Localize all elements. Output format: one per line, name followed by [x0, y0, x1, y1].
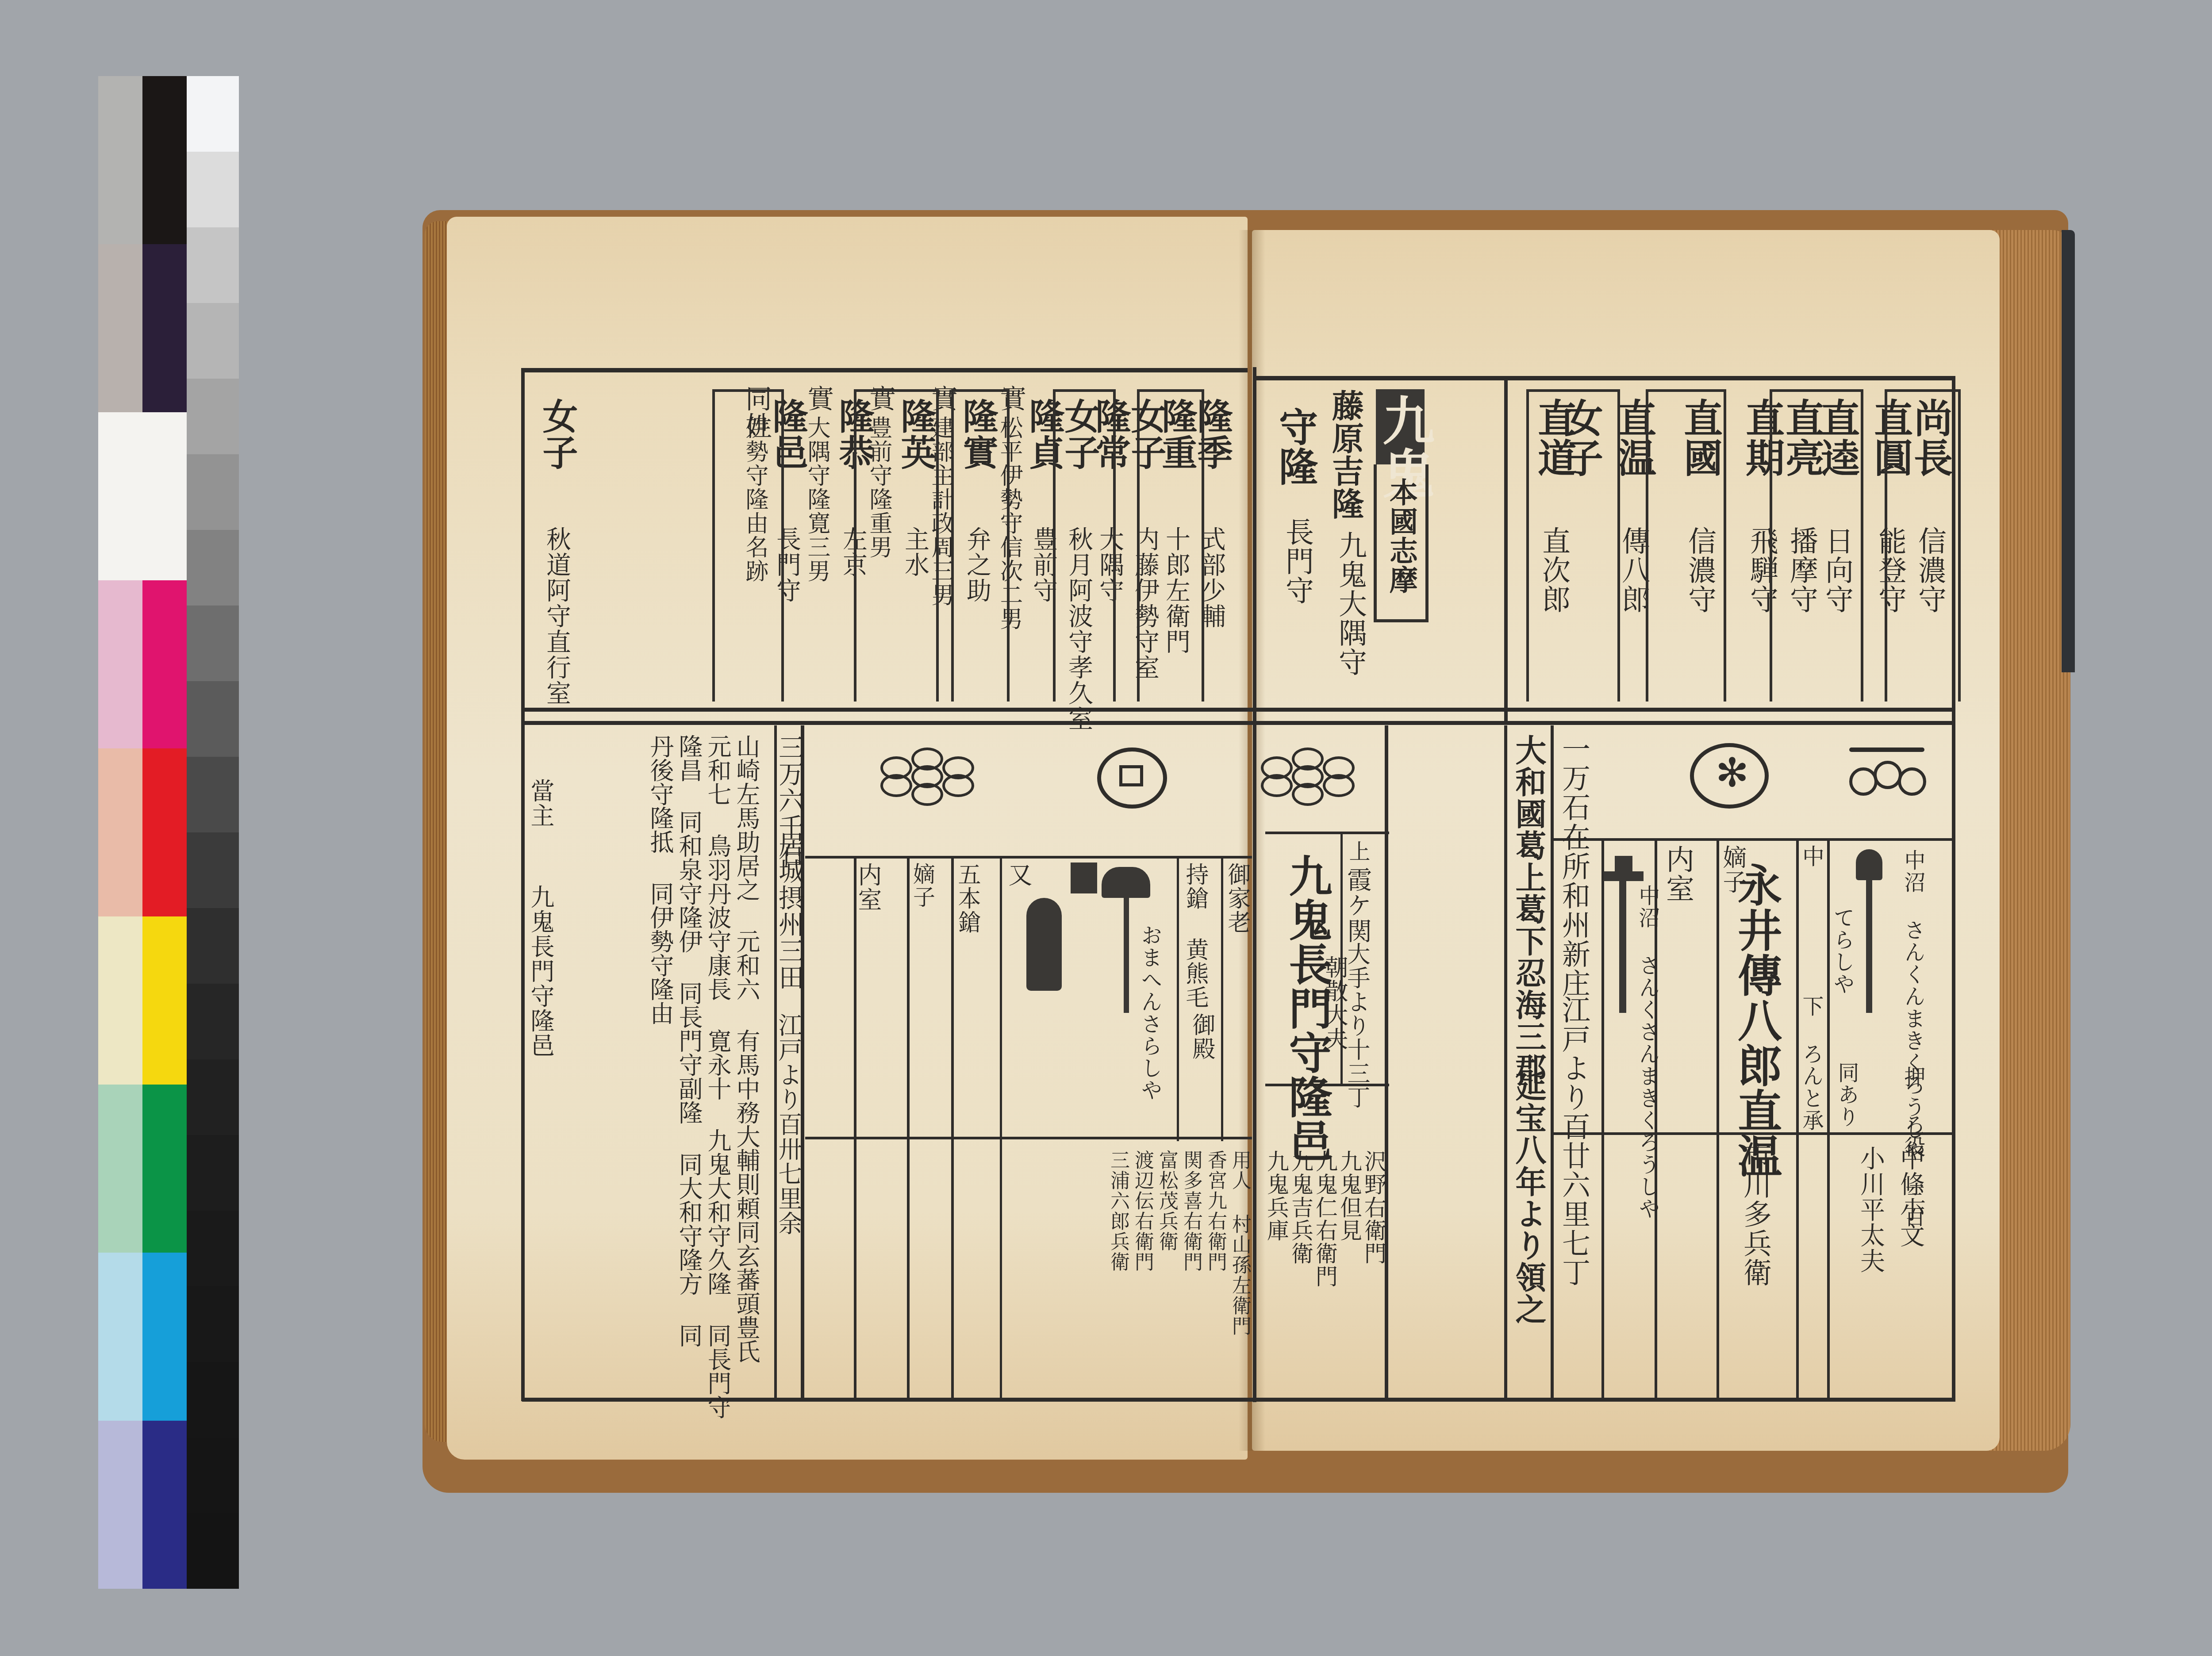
frame-left	[521, 368, 525, 1401]
umbrella-spear-shaft	[1866, 880, 1872, 1013]
karo-name: 九鬼仁右衛門	[1314, 1150, 1336, 1288]
heir-label-left: 嫡子	[911, 862, 933, 908]
grid-v	[1504, 725, 1507, 1398]
history-line: 隆昌 同和泉守隆伊 同長門守副隆 同大和守隆方 同	[677, 734, 701, 1347]
grid-v	[907, 858, 910, 1398]
kuki-rank: 上	[1347, 840, 1368, 862]
color-swatch	[98, 1085, 142, 1253]
spear-shaft	[1619, 880, 1626, 1013]
color-swatch	[142, 244, 187, 412]
rank-label-right: 中	[1801, 845, 1823, 868]
color-swatch	[98, 916, 142, 1085]
color-swatch	[142, 748, 187, 916]
frame-mid-rule	[522, 708, 1955, 712]
crest-chrysanthemum-icon: ✻	[1712, 750, 1752, 797]
attendant-name: 富松茂兵衛	[1157, 1150, 1176, 1252]
gray-swatch	[187, 1286, 239, 1362]
member-bracket	[1137, 389, 1204, 701]
karo-name: 沢野右衛門	[1363, 1150, 1385, 1265]
tag-goponyari: 五本鎗	[956, 862, 979, 934]
grid-h	[1551, 838, 1953, 841]
current-lord: 九鬼長門守隆邑	[529, 885, 553, 1058]
distance-left: 江戸より百卅七里余	[776, 1013, 800, 1236]
crest-circle	[1261, 774, 1293, 797]
karo-name: 九鬼吉兵衛	[1290, 1150, 1312, 1265]
head-title: 長門守	[1283, 517, 1311, 605]
attendant-name: 三浦六郎兵衛	[1108, 1150, 1128, 1272]
color-swatch	[98, 748, 142, 916]
gray-swatch	[187, 681, 239, 757]
spear-icon	[1615, 856, 1632, 871]
history-line: 元和七 鳥羽丹波守康長 寛永十 九鬼大和守久隆 同長門守	[706, 734, 730, 1419]
retainer-b: 市川多兵衛	[1741, 1141, 1769, 1287]
gray-swatch	[187, 152, 239, 227]
crest-circle	[911, 783, 943, 806]
residence-right: 在所和州新庄	[1559, 823, 1588, 998]
crest-circle	[880, 774, 912, 797]
grid-v	[854, 858, 856, 1398]
lower-rank: 下 ろんと承	[1801, 995, 1822, 1131]
grid-v	[951, 858, 954, 1398]
crest-three-circles-icon	[1849, 747, 1929, 805]
member-bracket	[1053, 389, 1116, 701]
gray-swatch	[187, 454, 239, 530]
color-swatch	[98, 580, 142, 748]
gray-swatch	[187, 984, 239, 1059]
spear-note: 中沼 さんくさんまきくろうしや	[1637, 885, 1658, 1220]
fan-note: 又	[1006, 862, 1030, 887]
current-lord-label: 當主	[529, 778, 553, 828]
residence-left: 居城摂州三田	[776, 832, 802, 991]
color-swatch	[142, 580, 187, 748]
kasa-icon	[1102, 867, 1150, 898]
kuki-place: 霞ケ関	[1345, 867, 1370, 944]
grid-v	[1717, 840, 1719, 1398]
kite-note: おまへんさらしや	[1139, 924, 1160, 1101]
tag-goten: 御殿	[1190, 1013, 1213, 1061]
color-swatch	[142, 1085, 187, 1253]
grid-v	[1551, 725, 1554, 1398]
kasa-shaft	[1124, 898, 1129, 1013]
karo-name: 九鬼兵庫	[1265, 1150, 1287, 1242]
color-swatch	[142, 412, 187, 580]
lord-name-right: 永井傳八郎直温	[1734, 862, 1778, 1178]
crest-circle	[1323, 774, 1355, 797]
crest-circle	[942, 774, 974, 797]
history-line: 丹後守隆抵 同伊勢守隆由	[648, 734, 672, 1025]
color-swatch	[142, 916, 187, 1085]
gray-swatch	[187, 1437, 239, 1513]
attendant-name: 関多喜右衛門	[1181, 1150, 1201, 1272]
gray-swatch	[187, 606, 239, 681]
frame-top-left	[522, 368, 1248, 372]
lineage: 藤原吉隆	[1329, 389, 1361, 520]
member-bracket	[854, 389, 939, 701]
gray-swatch	[187, 227, 239, 303]
frame-gutter	[1253, 367, 1256, 1402]
since-text: 延宝八年より領之	[1513, 1070, 1544, 1325]
frame-bottom	[522, 1398, 1955, 1402]
grid-v	[1177, 858, 1179, 1141]
history-line: 山崎左馬助居之 元和六 有馬中務大輔則頼同玄蕃頭豊氏	[734, 734, 758, 1363]
gray-swatch	[187, 757, 239, 832]
retainer-c: 小川平太夫	[1858, 1146, 1883, 1274]
frame-divider-heading	[1504, 376, 1508, 721]
color-swatch	[98, 1421, 142, 1589]
wife-label-left: 内室	[856, 862, 880, 912]
gray-swatch	[187, 303, 239, 379]
member-title: 傳八郎	[1619, 526, 1647, 614]
gray-swatch	[187, 1211, 239, 1286]
gray-swatch	[187, 1135, 239, 1211]
member-bracket	[951, 389, 1010, 701]
member-bracket	[1646, 389, 1726, 701]
grid-v	[1000, 858, 1002, 1398]
member-name: 女子	[540, 398, 575, 471]
member-title: 大隅守隆寛三男	[805, 416, 828, 583]
banner-icon	[1071, 862, 1097, 893]
grid-v	[1385, 725, 1388, 1398]
gray-swatch	[187, 1059, 239, 1135]
falconry-note: てらしや	[1832, 907, 1853, 995]
grid-v	[1221, 858, 1223, 1141]
color-swatch	[98, 76, 142, 244]
member-bracket	[712, 389, 784, 701]
distance-right: 江戸より百廿六里七丁	[1559, 995, 1588, 1287]
member-name: 實	[805, 385, 832, 412]
crest-seven-circles-icon	[1261, 747, 1349, 796]
color-calibration-chart	[98, 76, 239, 1589]
crest-seven-circles-icon	[880, 747, 973, 801]
frame-mid-rule-2	[522, 721, 1955, 725]
umbrella-spear-icon	[1856, 849, 1882, 880]
crest-circle	[1292, 783, 1324, 806]
member-bracket	[1885, 389, 1961, 701]
color-swatch	[98, 244, 142, 412]
gray-swatch	[187, 1362, 239, 1437]
attendant-name: 用人 村山孫左衛門	[1230, 1150, 1249, 1336]
member-title: 秋道阿守直行室	[544, 526, 569, 706]
book-cover-edge	[2062, 230, 2075, 672]
lineage-title: 九鬼大隅守	[1336, 531, 1364, 677]
gray-swatch	[187, 530, 239, 606]
color-swatch	[142, 1421, 187, 1589]
gray-swatch	[187, 76, 239, 152]
color-swatch	[98, 1253, 142, 1421]
head-name: 守隆	[1276, 407, 1315, 487]
grid-h	[805, 856, 1252, 859]
kuki-court-rank: 朝散大夫	[1323, 955, 1346, 1051]
grid-v	[1601, 840, 1604, 1398]
attendant-name: 香宮九右衛門	[1206, 1150, 1225, 1272]
same-note: 同あり	[1836, 1062, 1857, 1128]
retainers-head: 持鎗 黄熊毛	[1183, 862, 1206, 1009]
member-title: 豊前守	[1031, 526, 1056, 603]
karo-name: 九鬼但見	[1338, 1150, 1360, 1242]
spear-crossbar	[1604, 871, 1644, 881]
retainer-d: 中條小文	[1898, 1146, 1923, 1248]
member-bracket	[1770, 389, 1863, 701]
member-bracket	[1526, 389, 1620, 701]
crest-square-hole-icon	[1119, 765, 1143, 786]
wife-label-right: 内室	[1663, 845, 1692, 903]
tag-gokaro: 御家老	[1225, 862, 1248, 934]
gray-swatch	[187, 908, 239, 984]
origin-label: 本國志摩	[1387, 478, 1415, 594]
color-swatch	[142, 76, 187, 244]
color-swatch	[98, 412, 142, 580]
gray-swatch	[187, 379, 239, 454]
frame-top-right	[1256, 376, 1955, 380]
stipend-right: 一万石	[1559, 734, 1588, 822]
domain-text: 大和國葛上葛下忍海三郡	[1513, 734, 1544, 1085]
yari-sheath-icon	[1026, 898, 1062, 991]
kuki-gate: 大手より十三丁	[1345, 942, 1368, 1109]
gray-swatch	[187, 1513, 239, 1589]
grid-h	[805, 1137, 1252, 1139]
grid-h	[1265, 832, 1389, 834]
gray-swatch	[187, 832, 239, 908]
attendant-name: 渡辺伝右衛門	[1133, 1150, 1152, 1272]
color-swatch	[142, 1253, 187, 1421]
